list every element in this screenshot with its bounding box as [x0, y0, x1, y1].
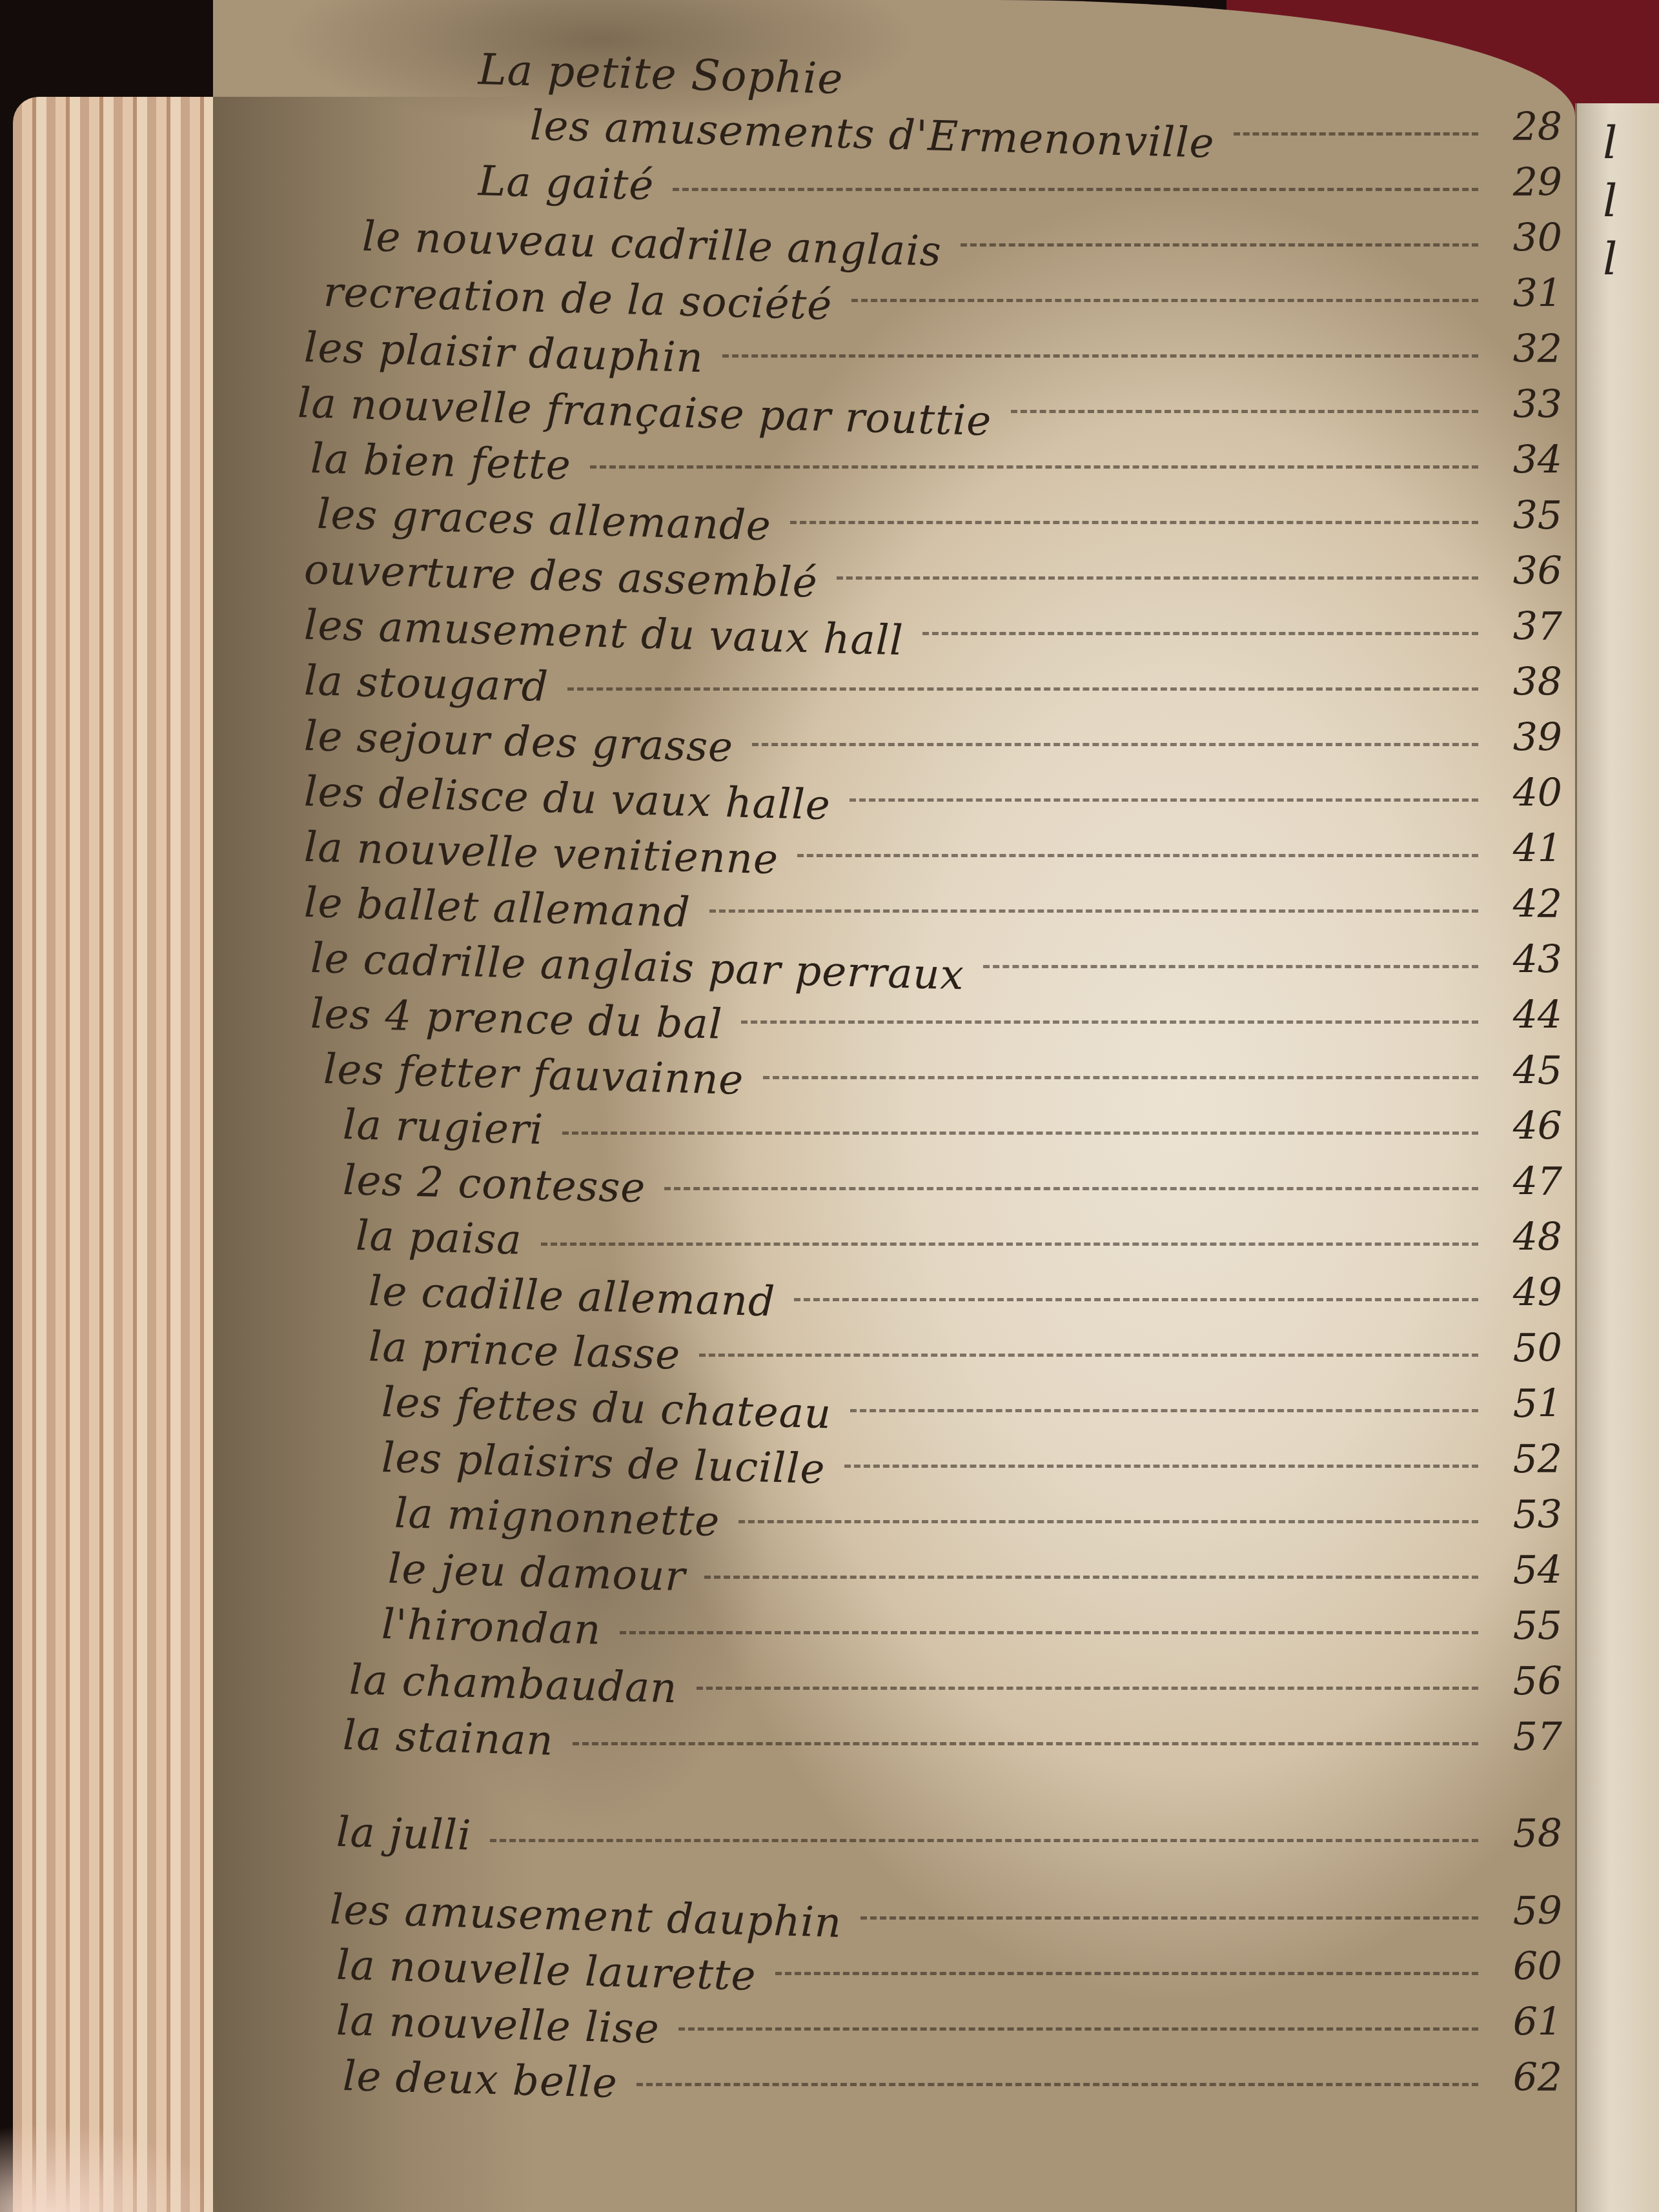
- index-entry: les fettes du chateau 51: [284, 1371, 1562, 1426]
- dot-leader: [837, 576, 1478, 580]
- entry-page-number: 41: [1491, 826, 1562, 871]
- dot-leader: [562, 1131, 1478, 1135]
- entry-page-number: 52: [1491, 1437, 1562, 1482]
- dot-leader: [673, 188, 1478, 191]
- entry-page-number: 40: [1491, 771, 1562, 816]
- entry-page-number: 60: [1491, 1944, 1562, 1989]
- index-entry: le ballet allemand 42: [284, 871, 1562, 927]
- index-entry: les plaisir dauphin 32: [284, 316, 1562, 372]
- page-edges-stack: [13, 97, 226, 2212]
- entry-page-number: 44: [1491, 993, 1562, 1038]
- index-entry: La petite Sophie: [284, 39, 1562, 94]
- index-entry: les amusement du vaux hall 37: [284, 594, 1562, 649]
- entry-page-number: 43: [1491, 937, 1562, 982]
- entry-page-number: 53: [1491, 1492, 1562, 1537]
- dot-leader: [763, 1076, 1479, 1079]
- entry-page-number: 30: [1491, 216, 1562, 261]
- index-entry: la julli 58: [284, 1760, 1562, 1856]
- entry-title: la bien fette: [310, 435, 572, 490]
- index-entry: les 4 prence du bal 44: [284, 982, 1562, 1038]
- dot-leader: [752, 743, 1478, 746]
- dot-leader: [1234, 132, 1478, 136]
- index-entry: la prince lasse 50: [284, 1315, 1562, 1371]
- dot-leader: [790, 521, 1478, 524]
- index-entry: le deux belle 62: [284, 2045, 1562, 2100]
- index-entry: les fetter fauvainne 45: [284, 1038, 1562, 1093]
- entry-page-number: 39: [1491, 715, 1562, 760]
- entry-page-number: 56: [1491, 1659, 1562, 1704]
- entry-page-number: 37: [1491, 604, 1562, 649]
- entry-title: le deux belle: [342, 2053, 618, 2107]
- entry-page-number: 48: [1491, 1215, 1562, 1260]
- dot-leader: [738, 1520, 1478, 1523]
- index-entry: le cadrille anglais par perraux 43: [284, 927, 1562, 982]
- index-entry: la rugieri 46: [284, 1093, 1562, 1149]
- dot-leader: [794, 1298, 1478, 1301]
- index-entry: la paisa 48: [284, 1204, 1562, 1260]
- dot-leader: [678, 2027, 1478, 2031]
- entry-page-number: 32: [1491, 327, 1562, 372]
- dot-leader: [850, 1409, 1478, 1412]
- thumb-in-frame: [0, 2085, 336, 2212]
- entry-page-number: 55: [1491, 1603, 1562, 1649]
- entry-title: l'hirondan: [381, 1601, 602, 1654]
- index-entry: le jeu damour 54: [284, 1537, 1562, 1593]
- index-entry: la stainan 57: [284, 1704, 1562, 1760]
- entry-page-number: 35: [1491, 493, 1562, 538]
- entry-page-number: 59: [1491, 1889, 1562, 1934]
- entry-page-number: 45: [1491, 1048, 1562, 1093]
- entry-page-number: 54: [1491, 1548, 1562, 1593]
- dot-leader: [775, 1972, 1478, 1975]
- dot-leader: [590, 465, 1478, 469]
- entry-page-number: 61: [1491, 2000, 1562, 2045]
- index-entry: les amusements d'Ermenonville 28: [284, 94, 1562, 150]
- dot-leader: [567, 687, 1478, 691]
- entry-title: la rugieri: [342, 1101, 544, 1154]
- dot-leader: [704, 1576, 1478, 1579]
- facing-page-fragment: l: [1603, 232, 1617, 285]
- entry-page-number: 42: [1491, 882, 1562, 927]
- facing-page-fragment: l: [1603, 116, 1617, 169]
- dot-leader: [860, 1916, 1478, 1920]
- dot-leader: [490, 1839, 1478, 1842]
- index-entry: les graces allemande 35: [284, 483, 1562, 538]
- entry-page-number: 51: [1491, 1381, 1562, 1426]
- dance-index-list: La petite Sophie les amusements d'Ermeno…: [284, 39, 1562, 2100]
- dot-leader: [922, 632, 1478, 635]
- index-entry: le sejour des grasse 39: [284, 705, 1562, 760]
- index-entry: la chambaudan 56: [284, 1649, 1562, 1704]
- entry-page-number: 31: [1491, 271, 1562, 316]
- dot-leader: [636, 2083, 1478, 2086]
- dot-leader: [709, 909, 1478, 913]
- dot-leader: [850, 798, 1478, 802]
- index-entry: La gaité 29: [284, 150, 1562, 205]
- dot-leader: [851, 299, 1478, 302]
- index-entry: le nouveau cadrille anglais 30: [284, 205, 1562, 261]
- index-entry: la stougard 38: [284, 649, 1562, 705]
- entry-page-number: 36: [1491, 549, 1562, 594]
- dot-leader: [541, 1243, 1478, 1246]
- index-entry: les plaisirs de lucille 52: [284, 1426, 1562, 1482]
- index-entry: le cadille allemand 49: [284, 1260, 1562, 1315]
- facing-page-fragment: l: [1603, 174, 1617, 227]
- entry-page-number: 47: [1491, 1159, 1562, 1204]
- entry-title: la julli: [336, 1809, 472, 1860]
- entry-page-number: 28: [1491, 105, 1562, 150]
- entry-page-number: 62: [1491, 2055, 1562, 2100]
- dot-leader: [664, 1187, 1478, 1190]
- dot-leader: [741, 1020, 1478, 1024]
- index-entry: les amusement dauphin 59: [284, 1856, 1562, 1934]
- dot-leader: [722, 354, 1478, 358]
- dot-leader: [1011, 410, 1479, 413]
- entry-page-number: 57: [1491, 1714, 1562, 1760]
- dot-leader: [797, 854, 1478, 857]
- index-entry: les delisce du vaux halle 40: [284, 760, 1562, 816]
- dot-leader: [961, 243, 1478, 247]
- dot-leader: [697, 1687, 1478, 1690]
- index-entry: ouverture des assemblé 36: [284, 538, 1562, 594]
- dot-leader: [573, 1742, 1478, 1745]
- entry-page-number: 49: [1491, 1270, 1562, 1315]
- dot-leader: [844, 1465, 1478, 1468]
- entry-title: la paisa: [355, 1212, 522, 1264]
- facing-page: l l l: [1575, 103, 1659, 2212]
- entry-page-number: 46: [1491, 1104, 1562, 1149]
- dot-leader: [983, 965, 1478, 968]
- index-entry: la nouvelle laurette 60: [284, 1934, 1562, 1989]
- entry-title: La gaité: [478, 157, 655, 210]
- entry-page-number: 50: [1491, 1326, 1562, 1371]
- index-entry: la mignonnette 53: [284, 1482, 1562, 1537]
- index-entry: recreation de la société 31: [284, 261, 1562, 316]
- index-entry: la nouvelle lise 61: [284, 1989, 1562, 2045]
- index-entry: la nouvelle venitienne 41: [284, 816, 1562, 871]
- dot-leader: [620, 1631, 1478, 1634]
- entry-page-number: 29: [1491, 160, 1562, 205]
- entry-page-number: 38: [1491, 660, 1562, 705]
- entry-title: la stougard: [303, 657, 549, 711]
- entry-page-number: 33: [1491, 382, 1562, 427]
- index-entry: la bien fette 34: [284, 427, 1562, 483]
- index-entry: les 2 contesse 47: [284, 1149, 1562, 1204]
- index-entry: l'hirondan 55: [284, 1593, 1562, 1649]
- entry-page-number: 58: [1491, 1811, 1562, 1856]
- entry-page-number: 34: [1491, 438, 1562, 483]
- entry-title: la stainan: [342, 1712, 555, 1765]
- dot-leader: [699, 1354, 1478, 1357]
- index-entry: la nouvelle française par routtie 33: [284, 372, 1562, 427]
